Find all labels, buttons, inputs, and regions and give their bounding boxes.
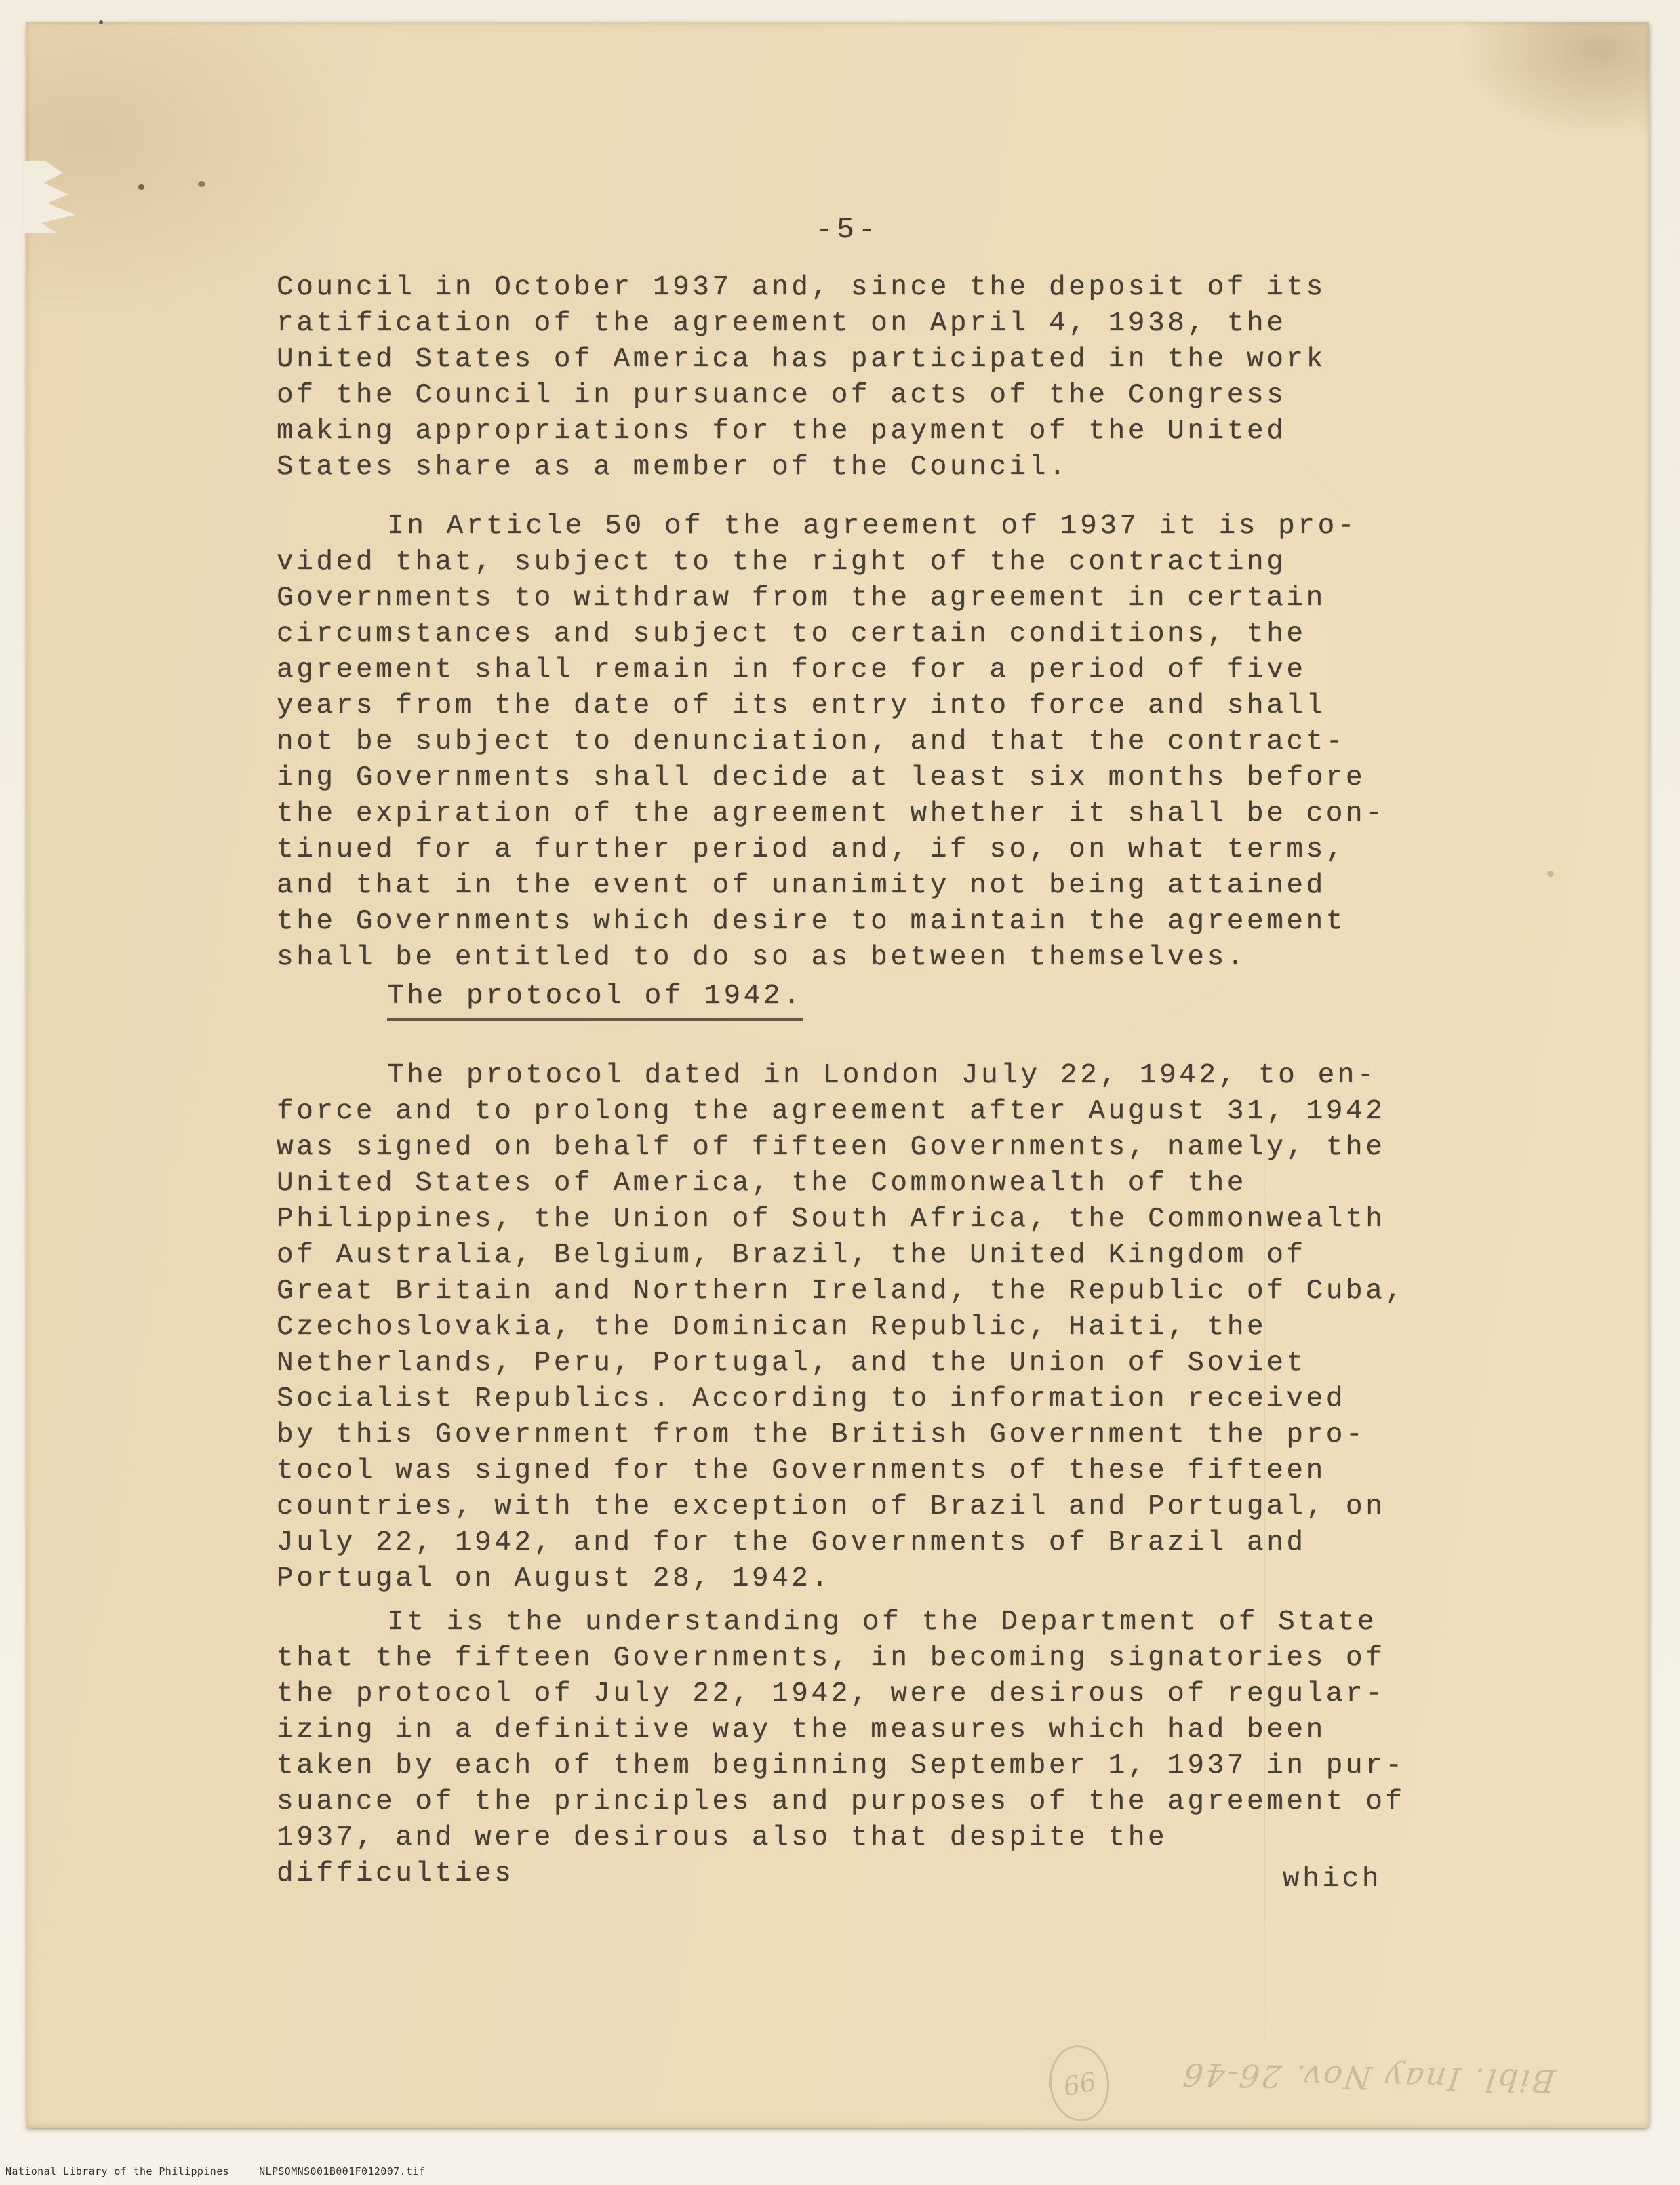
- scan-background: -5- Council in October 1937 and, since t…: [0, 0, 1680, 2185]
- page-number: -5-: [773, 213, 922, 246]
- scan-footer: National Library of the Philippines NLPS…: [5, 2165, 425, 2178]
- circled-number: 99: [1060, 2065, 1098, 2101]
- library-name-label: National Library of the Philippines: [5, 2165, 229, 2178]
- section-heading: The protocol of 1942.: [387, 981, 803, 1021]
- ink-speck: [138, 184, 144, 190]
- pencil-note-annotation: Bibl. Inay Nov. 26-46: [1140, 2040, 1596, 2115]
- ink-speck: [1547, 871, 1554, 877]
- paragraph-3: The protocol dated in London July 22, 19…: [277, 1058, 1422, 1597]
- catchword: which: [1283, 1864, 1382, 1895]
- ink-speck: [99, 20, 103, 24]
- paragraph-4: It is the understanding of the Departmen…: [277, 1605, 1422, 1892]
- ink-speck: [198, 181, 205, 187]
- paragraph-2: In Article 50 of the agreement of 1937 i…: [277, 509, 1422, 976]
- scan-filename-label: NLPSOMNS001B001F012007.tif: [259, 2165, 425, 2178]
- paragraph-1: Council in October 1937 and, since the d…: [277, 270, 1422, 486]
